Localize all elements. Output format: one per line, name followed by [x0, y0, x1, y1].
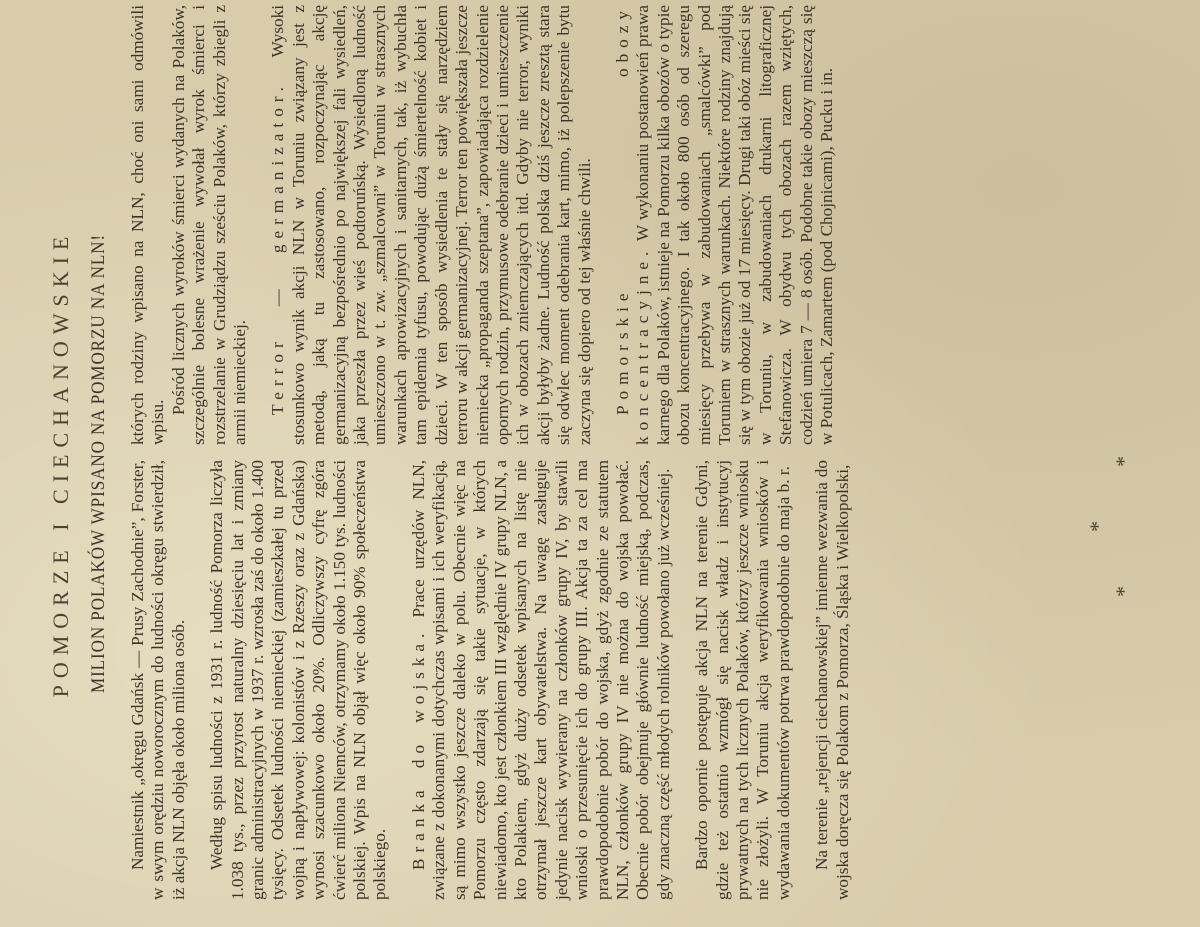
paragraph: Namiestnik „okręgu Gdańsk — Prusy Zachod…	[128, 460, 189, 900]
headline: MILION POLAKÓW WPISANO NA POMORZU NA NLN…	[88, 46, 110, 880]
asterisk: *	[1111, 586, 1137, 597]
asterisk: *	[1085, 521, 1111, 532]
paragraph-body: Wysoki stosunkowo wynik akcji NLN w Toru…	[268, 5, 593, 445]
paragraph-lead: Terror — germanizator.	[268, 81, 287, 415]
paragraph: Branka do wojska. Prace urzędów NLN, zwi…	[409, 460, 674, 900]
section-separator: * * *	[1075, 0, 1145, 927]
paragraph: Pomorskie obozy koncentracyjne. W wykona…	[613, 5, 837, 445]
paragraph: Na terenie „rejencji ciechanowskiej” imi…	[812, 460, 853, 900]
section-title: POMORZE I CIECHANOWSKIE	[48, 0, 74, 927]
left-column: Namiestnik „okręgu Gdańsk — Prusy Zachod…	[128, 460, 853, 900]
paragraph-body: W wykonaniu postanowień prawa karnego dl…	[633, 5, 836, 445]
paragraph-lead: Branka do wojska.	[409, 628, 428, 870]
right-column: których rodziny wpisano na NLN, choć oni…	[128, 5, 837, 445]
paragraph: Pośród licznych wyroków śmierci wydanych…	[169, 5, 251, 445]
document-page: POMORZE I CIECHANOWSKIE MILION POLAKÓW W…	[0, 0, 1200, 927]
paragraph: Według spisu ludności z 1931 r. ludność …	[207, 460, 391, 900]
paragraph-body: Prace urzędów NLN, związane z dokonanymi…	[409, 460, 673, 900]
paragraph: Terror — germanizator. Wysoki stosunkowo…	[268, 5, 595, 445]
paragraph: Bardzo opornie postępuje akcja NLN na te…	[692, 460, 794, 900]
asterisk: *	[1111, 456, 1137, 467]
paragraph: których rodziny wpisano na NLN, choć oni…	[128, 5, 169, 445]
